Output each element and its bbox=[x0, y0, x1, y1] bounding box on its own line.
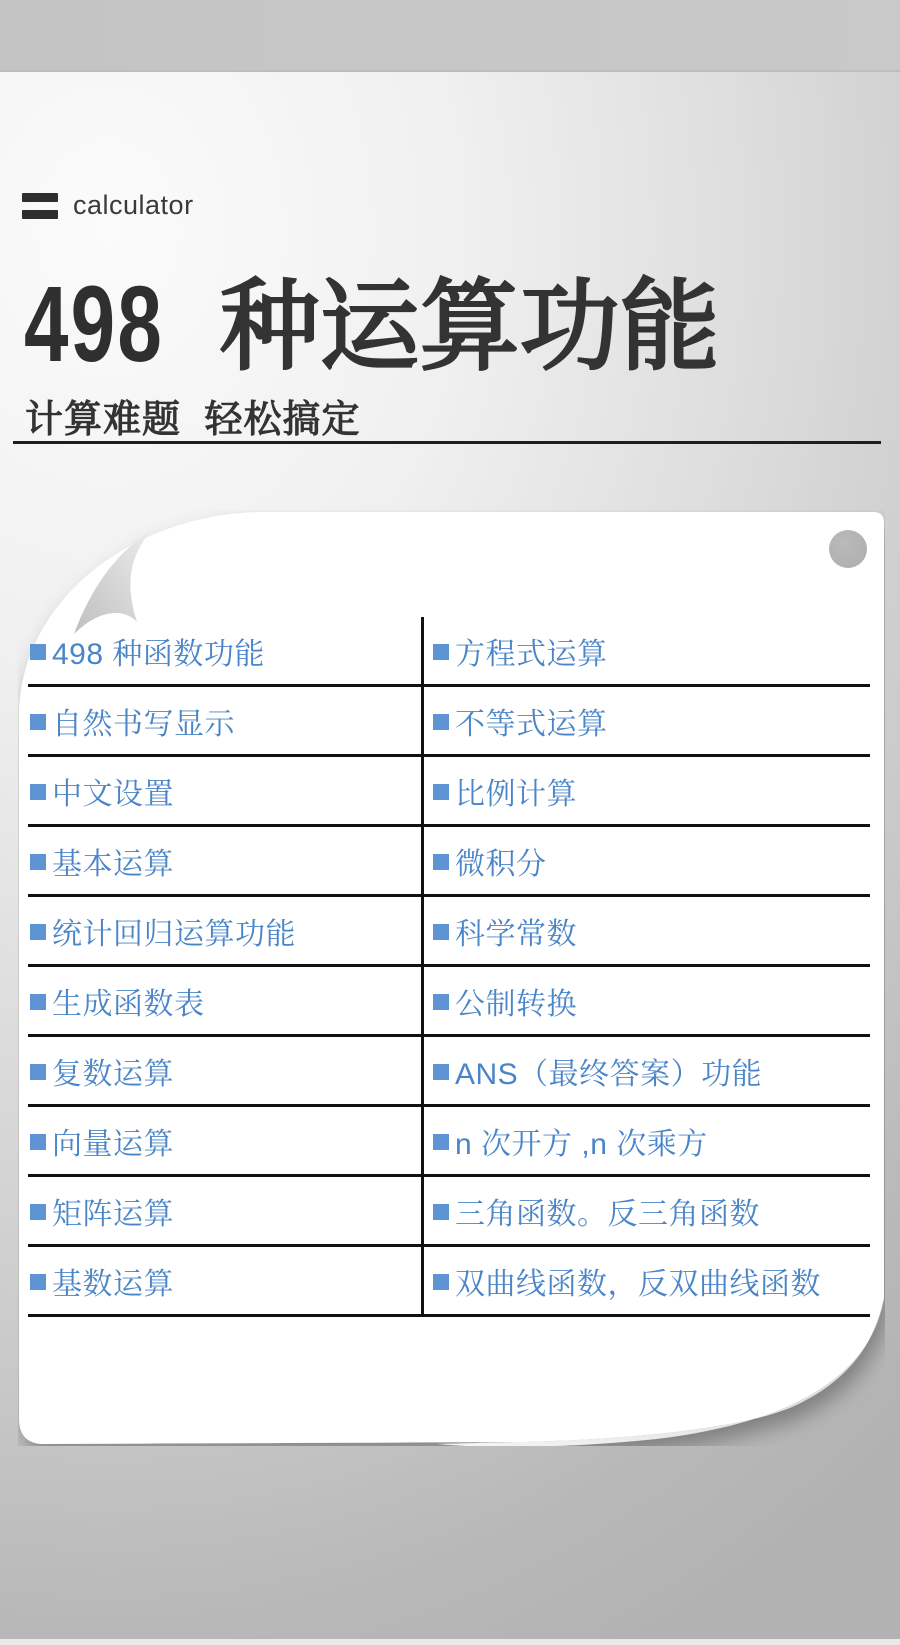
bottom-light-strip bbox=[0, 1639, 900, 1645]
feature-label: 微积分 bbox=[455, 839, 547, 883]
bullet-square-icon bbox=[30, 1204, 46, 1220]
feature-item: 矩阵运算 bbox=[28, 1177, 421, 1247]
feature-item: 科学常数 bbox=[421, 897, 870, 967]
feature-item: 不等式运算 bbox=[421, 687, 870, 757]
feature-item: 基数运算 bbox=[28, 1247, 421, 1317]
feature-item: 生成函数表 bbox=[28, 967, 421, 1037]
title-text: 种运算功能 bbox=[220, 271, 720, 383]
feature-label: 498 种函数功能 bbox=[52, 629, 265, 673]
bullet-square-icon bbox=[30, 784, 46, 800]
pin-hole-circle bbox=[829, 530, 867, 568]
feature-label: 双曲线函数，反双曲线函数 bbox=[455, 1259, 821, 1303]
bullet-square-icon bbox=[433, 854, 449, 870]
icon-bar-bottom bbox=[22, 210, 58, 219]
bullet-square-icon bbox=[433, 644, 449, 660]
feature-label: ANS（最终答案）功能 bbox=[455, 1049, 762, 1093]
feature-item: ANS（最终答案）功能 bbox=[421, 1037, 870, 1107]
bullet-square-icon bbox=[30, 854, 46, 870]
feature-label: 科学常数 bbox=[455, 909, 577, 953]
bullet-square-icon bbox=[433, 1064, 449, 1080]
feature-item: 统计回归运算功能 bbox=[28, 897, 421, 967]
feature-item: 复数运算 bbox=[28, 1037, 421, 1107]
feature-label: 不等式运算 bbox=[455, 699, 608, 743]
feature-table: 498 种函数功能 方程式运算 自然书写显示 不等式运算 中文设置 比例计算 基… bbox=[28, 617, 870, 1317]
feature-item: 微积分 bbox=[421, 827, 870, 897]
bullet-square-icon bbox=[30, 644, 46, 660]
feature-label: 基本运算 bbox=[52, 839, 174, 883]
page-title: 498 种运算功能 bbox=[24, 270, 720, 378]
feature-item: 498 种函数功能 bbox=[28, 617, 421, 687]
title-number: 498 bbox=[24, 270, 164, 378]
feature-label: n 次开方 ,n 次乘方 bbox=[455, 1119, 708, 1163]
icon-bar-top bbox=[22, 193, 58, 202]
bullet-square-icon bbox=[433, 714, 449, 730]
feature-item: 三角函数。反三角函数 bbox=[421, 1177, 870, 1247]
bullet-square-icon bbox=[433, 784, 449, 800]
feature-item: 公制转换 bbox=[421, 967, 870, 1037]
feature-item: 中文设置 bbox=[28, 757, 421, 827]
feature-item: n 次开方 ,n 次乘方 bbox=[421, 1107, 870, 1177]
feature-label: 矩阵运算 bbox=[52, 1189, 174, 1233]
page-subtitle: 计算难题 轻松搞定 bbox=[25, 388, 361, 443]
bullet-square-icon bbox=[433, 1274, 449, 1290]
feature-label: 中文设置 bbox=[52, 769, 174, 813]
bullet-square-icon bbox=[30, 714, 46, 730]
feature-label: 公制转换 bbox=[455, 979, 577, 1023]
feature-label: 复数运算 bbox=[52, 1049, 174, 1093]
bullet-square-icon bbox=[30, 994, 46, 1010]
bullet-square-icon bbox=[433, 994, 449, 1010]
feature-item: 比例计算 bbox=[421, 757, 870, 827]
feature-item: 自然书写显示 bbox=[28, 687, 421, 757]
feature-label: 向量运算 bbox=[52, 1119, 174, 1163]
divider-rule bbox=[13, 441, 881, 444]
bullet-square-icon bbox=[30, 1274, 46, 1290]
feature-item: 双曲线函数，反双曲线函数 bbox=[421, 1247, 870, 1317]
bullet-square-icon bbox=[30, 1134, 46, 1150]
equals-bars-icon bbox=[22, 193, 58, 219]
brand-row: calculator bbox=[22, 190, 194, 221]
feature-label: 自然书写显示 bbox=[52, 699, 235, 743]
feature-label: 生成函数表 bbox=[52, 979, 205, 1023]
feature-label: 统计回归运算功能 bbox=[52, 909, 296, 953]
feature-label: 三角函数。反三角函数 bbox=[455, 1189, 760, 1233]
brand-label: calculator bbox=[73, 190, 194, 221]
paper-card: 498 种函数功能 方程式运算 自然书写显示 不等式运算 中文设置 比例计算 基… bbox=[18, 510, 885, 1446]
bullet-square-icon bbox=[30, 1064, 46, 1080]
feature-item: 方程式运算 bbox=[421, 617, 870, 687]
feature-label: 基数运算 bbox=[52, 1259, 174, 1303]
bullet-square-icon bbox=[433, 924, 449, 940]
feature-item: 基本运算 bbox=[28, 827, 421, 897]
bullet-square-icon bbox=[433, 1134, 449, 1150]
feature-item: 向量运算 bbox=[28, 1107, 421, 1177]
feature-label: 比例计算 bbox=[455, 769, 577, 813]
top-gray-band bbox=[0, 0, 900, 72]
promo-page: calculator 498 种运算功能 计算难题 轻松搞定 bbox=[0, 0, 900, 1645]
bullet-square-icon bbox=[30, 924, 46, 940]
bullet-square-icon bbox=[433, 1204, 449, 1220]
feature-label: 方程式运算 bbox=[455, 629, 608, 673]
